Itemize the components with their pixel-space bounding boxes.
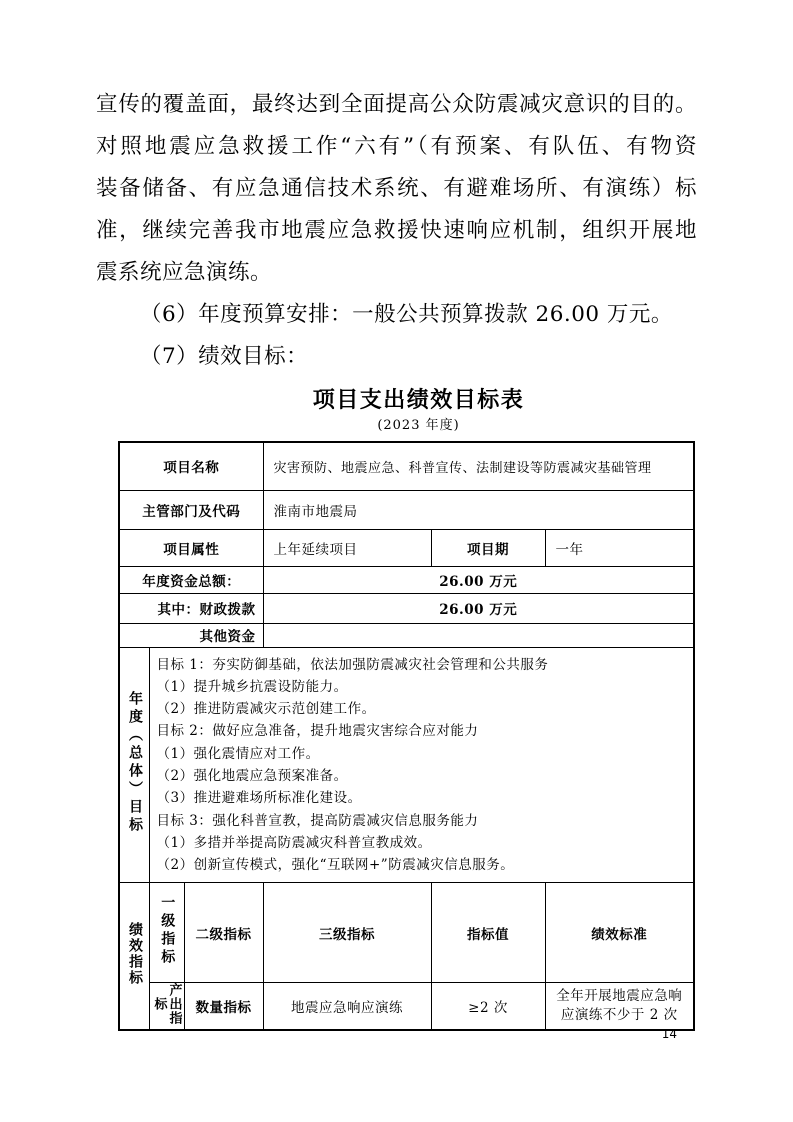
table-row: 产出指标 数量指标 地震应急响应演练 ≥2 次 全年开展地震应急响应演练不少于 … bbox=[119, 983, 694, 1031]
table-row: 项目属性 上年延续项目 项目期 一年 bbox=[119, 529, 694, 566]
table-title: 项目支出绩效目标表 bbox=[118, 385, 719, 415]
table-row: 绩效指标 一级指标 二级指标 三级指标 指标值 绩效标准 bbox=[119, 883, 694, 983]
table-subtitle: (2023 年度) bbox=[118, 417, 719, 434]
annual-goal-cell: 目标 1：夯实防御基础，依法加强防震减灾社会管理和公共服务 （1）提升城乡抗震设… bbox=[149, 647, 694, 883]
project-name-value: 灾害预防、地震应急、科普宣传、法制建设等防震减灾基础管理 bbox=[263, 442, 694, 490]
fiscal-allocation-value: 26.00 万元 bbox=[263, 593, 694, 623]
document-page: 宣传的覆盖面，最终达到全面提高公众防震减灾意识的目的。 对照地震应急救援工作“六… bbox=[0, 0, 793, 1122]
level1-header-cell: 一级指标 bbox=[149, 883, 184, 983]
indicator-standard: 全年开展地震应急响应演练不少于 2 次 bbox=[545, 983, 694, 1031]
body-text: 宣传的覆盖面，最终达到全面提高公众防震减灾意识的目的。 对照地震应急救援工作“六… bbox=[96, 84, 697, 1031]
goal-line: （3）推进避难场所标准化建设。 bbox=[157, 787, 688, 809]
goal-line: （2）创新宣传模式，强化“互联网+”防震减灾信息服务。 bbox=[157, 854, 688, 876]
total-funds-value: 26.00 万元 bbox=[263, 566, 694, 593]
goal-line: 目标 2：做好应急准备，提升地震灾害综合应对能力 bbox=[157, 720, 688, 742]
goal-line: 目标 1：夯实防御基础，依法加强防震减灾社会管理和公共服务 bbox=[157, 654, 688, 676]
total-funds-label: 年度资金总额： bbox=[119, 566, 263, 593]
indicator-value: ≥2 次 bbox=[431, 983, 545, 1031]
paragraph-line: 宣传的覆盖面，最终达到全面提高公众防震减灾意识的目的。 bbox=[96, 84, 697, 126]
goal-line: （1）提升城乡抗震设防能力。 bbox=[157, 676, 688, 698]
indicator-level1: 产出指标 bbox=[152, 983, 182, 1025]
fiscal-allocation-label: 其中：财政拨款 bbox=[119, 593, 263, 623]
goal-line: 目标 3：强化科普宣教，提高防震减灾信息服务能力 bbox=[157, 810, 688, 832]
value-header: 指标值 bbox=[431, 883, 545, 983]
annual-goal-label: 年度（总体）目标 bbox=[126, 691, 144, 835]
page-number: 14 bbox=[96, 1027, 697, 1041]
goal-line: （1）多措并举提高防震减灾科普宣教成效。 bbox=[157, 832, 688, 854]
paragraph-line: 对照地震应急救援工作“六有”（有预案、有队伍、有物资 bbox=[96, 126, 697, 168]
attribute-label: 项目属性 bbox=[119, 529, 263, 566]
table-row: 项目名称 灾害预防、地震应急、科普宣传、法制建设等防震减灾基础管理 bbox=[119, 442, 694, 490]
table-row: 年度（总体）目标 目标 1：夯实防御基础，依法加强防震减灾社会管理和公共服务 （… bbox=[119, 647, 694, 883]
performance-paragraph: （7）绩效目标： bbox=[96, 336, 697, 378]
goal-line: （1）强化震情应对工作。 bbox=[157, 743, 688, 765]
other-funds-value bbox=[263, 623, 694, 647]
indicator-level2: 数量指标 bbox=[184, 983, 263, 1031]
table-row: 其中：财政拨款 26.00 万元 bbox=[119, 593, 694, 623]
department-label: 主管部门及代码 bbox=[119, 490, 263, 529]
period-value: 一年 bbox=[545, 529, 694, 566]
paragraph-line: 震系统应急演练。 bbox=[96, 252, 697, 294]
level1-header: 一级指标 bbox=[158, 895, 176, 967]
level3-header: 三级指标 bbox=[263, 883, 431, 983]
paragraph-line: 装备储备、有应急通信技术系统、有避难场所、有演练）标 bbox=[96, 168, 697, 210]
other-funds-label: 其他资金 bbox=[119, 623, 263, 647]
goal-line: （2）推进防震减灾示范创建工作。 bbox=[157, 698, 688, 720]
indicator-level1-cell: 产出指标 bbox=[149, 983, 184, 1031]
performance-indicator-label: 绩效指标 bbox=[126, 922, 144, 986]
standard-header: 绩效标准 bbox=[545, 883, 694, 983]
department-value: 淮南市地震局 bbox=[263, 490, 694, 529]
performance-indicator-label-cell: 绩效指标 bbox=[119, 883, 149, 1031]
goal-line: （2）强化地震应急预案准备。 bbox=[157, 765, 688, 787]
project-name-label: 项目名称 bbox=[119, 442, 263, 490]
table-row: 主管部门及代码 淮南市地震局 bbox=[119, 490, 694, 529]
budget-paragraph: （6）年度预算安排：一般公共预算拨款 26.00 万元。 bbox=[96, 294, 697, 336]
period-label: 项目期 bbox=[431, 529, 545, 566]
attribute-value: 上年延续项目 bbox=[263, 529, 431, 566]
level2-header: 二级指标 bbox=[184, 883, 263, 983]
paragraph-line: 准，继续完善我市地震应急救援快速响应机制，组织开展地 bbox=[96, 210, 697, 252]
table-row: 年度资金总额： 26.00 万元 bbox=[119, 566, 694, 593]
table-row: 其他资金 bbox=[119, 623, 694, 647]
performance-target-table: 项目名称 灾害预防、地震应急、科普宣传、法制建设等防震减灾基础管理 主管部门及代… bbox=[118, 441, 695, 1031]
indicator-level3: 地震应急响应演练 bbox=[263, 983, 431, 1031]
annual-goal-label-cell: 年度（总体）目标 bbox=[119, 647, 149, 883]
